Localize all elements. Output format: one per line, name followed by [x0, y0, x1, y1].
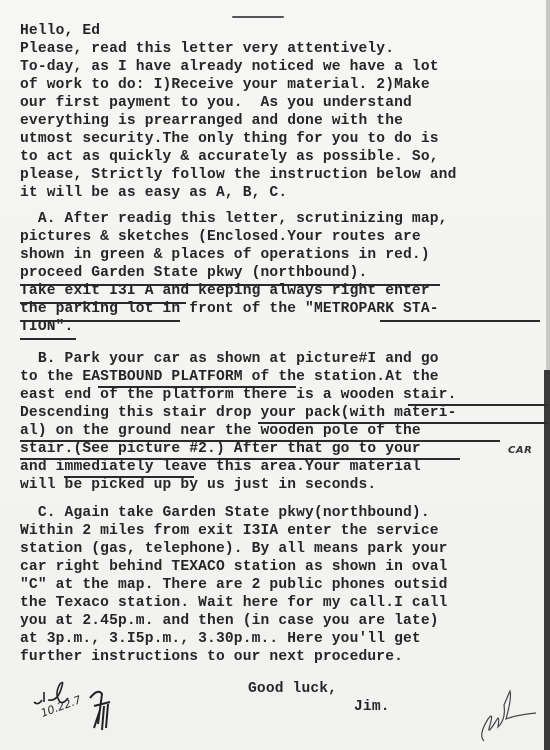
section-b-line-6: stair.(See picture #2.) After that go to… [20, 440, 421, 458]
section-b-line-8: will be picked up by us just in seconds. [20, 476, 376, 494]
underline [20, 440, 500, 442]
section-a-line-3: shown in green & places of operations in… [20, 246, 430, 264]
section-b-line-2: to the EASTBOUND PLATFORM of the station… [20, 368, 439, 386]
underline [258, 422, 548, 424]
handwritten-signature-icon [470, 685, 540, 745]
handwritten-car: CAR [508, 445, 532, 456]
section-c-line-5: "C" at the map. There are 2 public phone… [20, 576, 448, 594]
section-c-line-8: at 3p.m., 3.I5p.m., 3.30p.m.. Here you'l… [20, 630, 421, 648]
intro-line-1: Please, read this letter very attentivel… [20, 40, 394, 58]
underline [408, 404, 548, 406]
intro-line-6: utmost security.The only thing for you t… [20, 130, 439, 148]
top-mark [232, 16, 284, 18]
section-b-line-7: and immediately leave this area.Your mat… [20, 458, 421, 476]
underline [20, 302, 186, 304]
section-b-line-1: B. Park your car as shown at picture#I a… [20, 350, 439, 368]
intro-line-8: please, Strictly follow the instruction … [20, 166, 456, 184]
underline [380, 320, 540, 322]
section-c-line-1: C. Again take Garden State pkwy(northbou… [20, 504, 430, 522]
intro-line-2: To-day, as I have already noticed we hav… [20, 58, 439, 76]
section-c-line-7: you at 2.45p.m. and then (in case you ar… [20, 612, 439, 630]
signature-name: Jim. [354, 698, 390, 716]
underline [20, 458, 460, 460]
section-a-line-1: A. After readig this letter, scrutinizin… [20, 210, 448, 228]
section-a-line-4: proceed Garden State pkwy (northbound). [20, 264, 367, 282]
section-b-line-4: Descending this stair drop your pack(wit… [20, 404, 456, 422]
intro-line-9: it will be as easy as A, B, C. [20, 184, 287, 202]
section-c-line-3: station (gas, telephone). By all means p… [20, 540, 448, 558]
section-b-line-3: east end of the platform there is a wood… [20, 386, 456, 404]
section-c-line-4: car right behind TEXACO station as shown… [20, 558, 448, 576]
intro-line-5: everything is prearranged and done with … [20, 112, 403, 130]
intro-line-7: to act as quickly & accurately as possib… [20, 148, 439, 166]
intro-line-4: our first payment to you. As you underst… [20, 94, 412, 112]
intro-line-3: of work to do: I)Receive your material. … [20, 76, 430, 94]
section-a-line-2: pictures & sketches (Enclosed.Your route… [20, 228, 421, 246]
underline [20, 338, 76, 340]
section-b-line-5: al) on the ground near the wooden pole o… [20, 422, 421, 440]
greeting: Hello, Ed [20, 22, 100, 40]
underline [98, 386, 296, 388]
section-c-line-9: further instructions to our next procedu… [20, 648, 403, 666]
underline [20, 284, 440, 286]
section-c-line-6: the Texaco station. Wait here for my cal… [20, 594, 448, 612]
underline [20, 320, 180, 322]
closing: Good luck, [248, 680, 337, 698]
page-edge-dark [544, 370, 550, 750]
underline [64, 476, 194, 478]
letter-page: Hello, Ed Please, read this letter very … [0, 0, 550, 750]
page-edge-light [546, 0, 550, 370]
section-c-line-2: Within 2 miles from exit I3IA enter the … [20, 522, 439, 540]
